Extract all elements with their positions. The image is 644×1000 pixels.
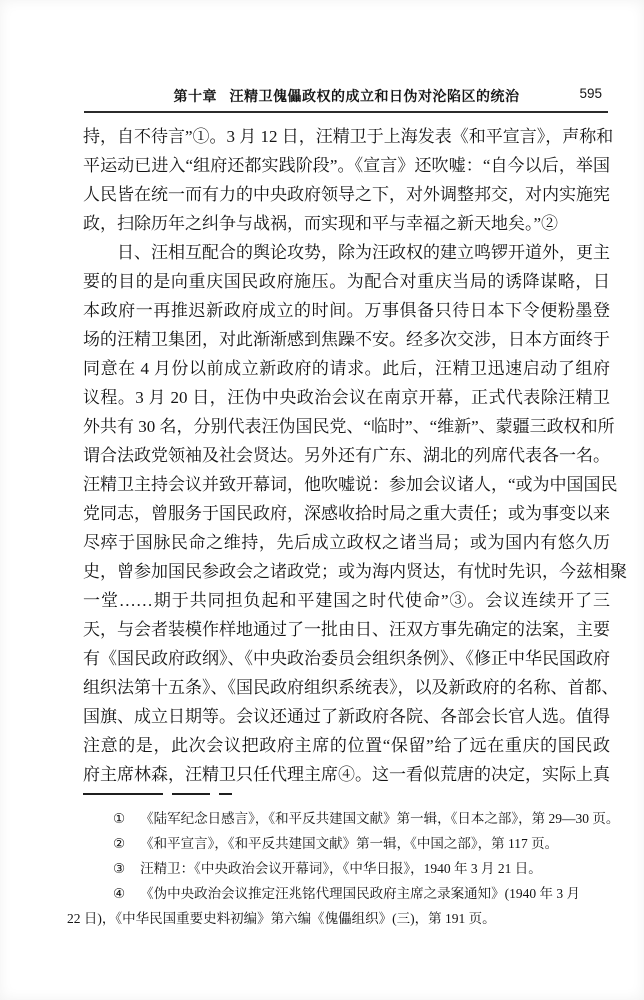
body-line: 有《国民政府政纲》、《中央政治委员会组织条例》、《修正中华民国政府	[83, 644, 610, 673]
footnote-separator	[83, 793, 610, 795]
chapter-label: 第十章	[173, 88, 217, 104]
body-line: 天，与会者装模作样地通过了一批由日、汪双方事先确定的法案，主要	[83, 615, 610, 644]
footnote-item: ②《和平宣言》，《和平反共建国文献》第一辑，《中国之部》，第 117 页。	[83, 831, 613, 856]
header-rule	[84, 111, 608, 113]
footnote-item: ③汪精卫：《中央政治会议开幕词》，《中华日报》，1940 年 3 月 21 日。	[83, 856, 613, 881]
separator-segment	[172, 793, 210, 795]
body-line: 议程。3 月 20 日，汪伪中央政治会议在南京开幕，正式代表除汪精卫	[83, 383, 610, 412]
body-line: 日、汪相互配合的舆论攻势，除为汪政权的建立鸣锣开道外，更主	[83, 238, 610, 267]
body-line: 要的目的是向重庆国民政府施压。为配合对重庆当局的诱降谋略，日	[83, 267, 610, 296]
body-line: 本政府一再推迟新政府成立的时间。万事俱备只待日本下令便粉墨登	[83, 296, 610, 325]
body-line: 政，扫除历年之纠争与战祸，而实现和平与幸福之新天地矣。”②	[83, 209, 610, 238]
footnote-marker: ①	[113, 811, 125, 826]
body-text: 持，自不待言”①。3 月 12 日，汪精卫于上海发表《和平宣言》，声称和平运动已…	[83, 122, 610, 789]
running-header-title: 第十章汪精卫傀儡政权的成立和日伪对沦陷区的统治	[83, 86, 610, 106]
separator-segment	[83, 793, 163, 795]
body-line: 组织法第十五条》、《国民政府组织系统表》，以及新政府的名称、首都、	[83, 673, 610, 702]
footnotes: ①《陆军纪念日感言》，《和平反共建国文献》第一辑，《日本之部》，第 29—30 …	[83, 806, 613, 931]
footnote-text: 《陆军纪念日感言》，《和平反共建国文献》第一辑，《日本之部》，第 29—30 页…	[140, 811, 619, 826]
body-line: 持，自不待言”①。3 月 12 日，汪精卫于上海发表《和平宣言》，声称和	[83, 122, 610, 151]
footnote-marker: ③	[113, 861, 125, 876]
body-line: 汪精卫主持会议并致开幕词，他吹嘘说：参加会议诸人，“或为中国国民	[83, 470, 610, 499]
body-line: 同意在 4 月份以前成立新政府的请求。此后，汪精卫迅速启动了组府	[83, 354, 610, 383]
footnote-marker: ②	[113, 836, 125, 851]
footnote-continuation: 22 日)，《中华民国重要史料初编》第六编《傀儡组织》(三)，第 191 页。	[67, 906, 613, 931]
body-line: 人民皆在统一而有力的中央政府领导之下，对外调整邦交，对内实施宪	[83, 180, 610, 209]
book-page: 第十章汪精卫傀儡政权的成立和日伪对沦陷区的统治 595 持，自不待言”①。3 月…	[0, 0, 644, 1000]
body-line: 场的汪精卫集团，对此渐渐感到焦躁不安。经多次交涉，日本方面终于	[83, 325, 610, 354]
footnote-text: 《和平宣言》，《和平反共建国文献》第一辑，《中国之部》，第 117 页。	[140, 836, 558, 851]
body-line: 平运动已进入“组府还都实践阶段”。《宣言》还吹嘘：“自今以后，举国	[83, 151, 610, 180]
body-line: 注意的是，此次会议把政府主席的位置“保留”给了远在重庆的国民政	[83, 731, 610, 760]
body-line: 谓合法政党领袖及社会贤达。另外还有广东、湖北的列席代表各一名。	[83, 441, 610, 470]
footnote-marker: ④	[113, 886, 125, 901]
body-line: 府主席林森，汪精卫只任代理主席④。这一看似荒唐的决定，实际上真	[83, 760, 610, 789]
running-header: 第十章汪精卫傀儡政权的成立和日伪对沦陷区的统治 595	[83, 86, 610, 106]
body-line: 外共有 30 名，分别代表汪伪国民党、“临时”、“维新”、蒙疆三政权和所	[83, 412, 610, 441]
chapter-title: 汪精卫傀儡政权的成立和日伪对沦陷区的统治	[230, 88, 520, 104]
body-line: 尽瘁于国脉民命之维持，先后成立政权之诸当局；或为国内有悠久历	[83, 528, 610, 557]
footnote-item: ①《陆军纪念日感言》，《和平反共建国文献》第一辑，《日本之部》，第 29—30 …	[83, 806, 613, 831]
footnote-text: 汪精卫：《中央政治会议开幕词》，《中华日报》，1940 年 3 月 21 日。	[140, 861, 542, 876]
body-line: 党同志，曾服务于国民政府，深感收拾时局之重大责任；或为事变以来	[83, 499, 610, 528]
separator-segment	[219, 793, 232, 795]
footnote-item: ④《伪中央政治会议推定汪兆铭代理国民政府主席之录案通知》(1940 年 3 月	[83, 881, 613, 906]
body-line: 国旗、成立日期等。会议还通过了新政府各院、各部会长官人选。值得	[83, 702, 610, 731]
page-number: 595	[579, 86, 602, 101]
footnote-text: 《伪中央政治会议推定汪兆铭代理国民政府主席之录案通知》(1940 年 3 月	[140, 886, 580, 901]
body-line: 一堂……期于共同担负起和平建国之时代使命”③。会议连续开了三	[83, 586, 610, 615]
body-line: 史，曾参加国民参政会之诸政党；或为海内贤达，有忧时先识，今兹相聚	[83, 557, 610, 586]
